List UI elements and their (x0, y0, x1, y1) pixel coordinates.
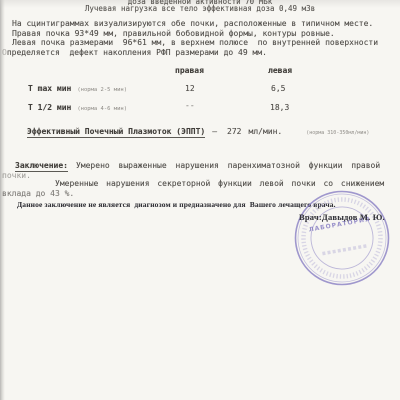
eppt-dash: – (212, 127, 217, 136)
table-row-thalf: Т 1/2 мин(норма 4-6 мин) (28, 103, 127, 115)
tmax-param-label: Т max мин (28, 84, 71, 93)
tmax-norm-label: (норма 2-5 мин) (77, 87, 127, 93)
conclusion-line-4: вклада до 43 %. (2, 189, 74, 199)
column-header-right: правая (175, 66, 204, 76)
findings-line-4-text: пределяется дефект накопления РФП размер… (7, 48, 267, 57)
tmax-left-value: 6,5 (271, 84, 285, 94)
thalf-right-value: -- (185, 101, 195, 111)
eppt-value: 272 (227, 127, 241, 136)
table-row-tmax: Т max мин(норма 2-5 мин) (28, 84, 127, 96)
findings-line-4: Определяется дефект накопления РФП разме… (2, 48, 267, 58)
eppt-units: мл/мин. (249, 127, 283, 136)
doctor-signature: Врач:Давыдов М. Ю. (299, 213, 385, 223)
scanned-report-page: доза введенной активности 70 МБк Лучевая… (0, 0, 400, 400)
round-stamp: ЛАБОРАТОРИЯ (287, 183, 397, 293)
eppt-line: Эффективный Почечный Плазмоток (ЭППТ)–27… (27, 127, 369, 139)
eppt-label: Эффективный Почечный Плазмоток (ЭППТ) (27, 127, 205, 138)
column-header-left: левая (268, 66, 292, 76)
scan-edge (0, 0, 5, 400)
stamp-outer-ring-inner (291, 187, 393, 289)
eppt-norm: (норма 310-350мл/мин) (306, 130, 369, 136)
stamp-lower-text-smudge (322, 246, 366, 254)
faint-letter: О (2, 48, 7, 57)
conclusion-heading: Заключение: (15, 161, 68, 172)
tmax-right-value: 12 (185, 84, 195, 94)
findings-line-1: На сцинтиграммах визуализируются обе поч… (12, 19, 373, 29)
conclusion-line-1-text: Умерено выраженные нарушения паренхимато… (76, 161, 380, 170)
thalf-norm-label: (норма 4-6 мин) (77, 106, 127, 112)
thalf-param-label: Т 1/2 мин (28, 103, 71, 112)
radiation-dose-line: Лучевая нагрузка все тело эффективная до… (0, 4, 400, 14)
findings-line-3: Левая почка размерами 96*61 мм, в верхне… (12, 38, 378, 48)
findings-line-2: Правая почка 93*49 мм, правильной бобови… (12, 29, 335, 39)
conclusion-line-2: почки. (2, 171, 31, 181)
conclusion-line-1: Заключение:Умерено выраженные нарушения … (15, 161, 380, 171)
thalf-left-value: 18,3 (270, 103, 289, 113)
